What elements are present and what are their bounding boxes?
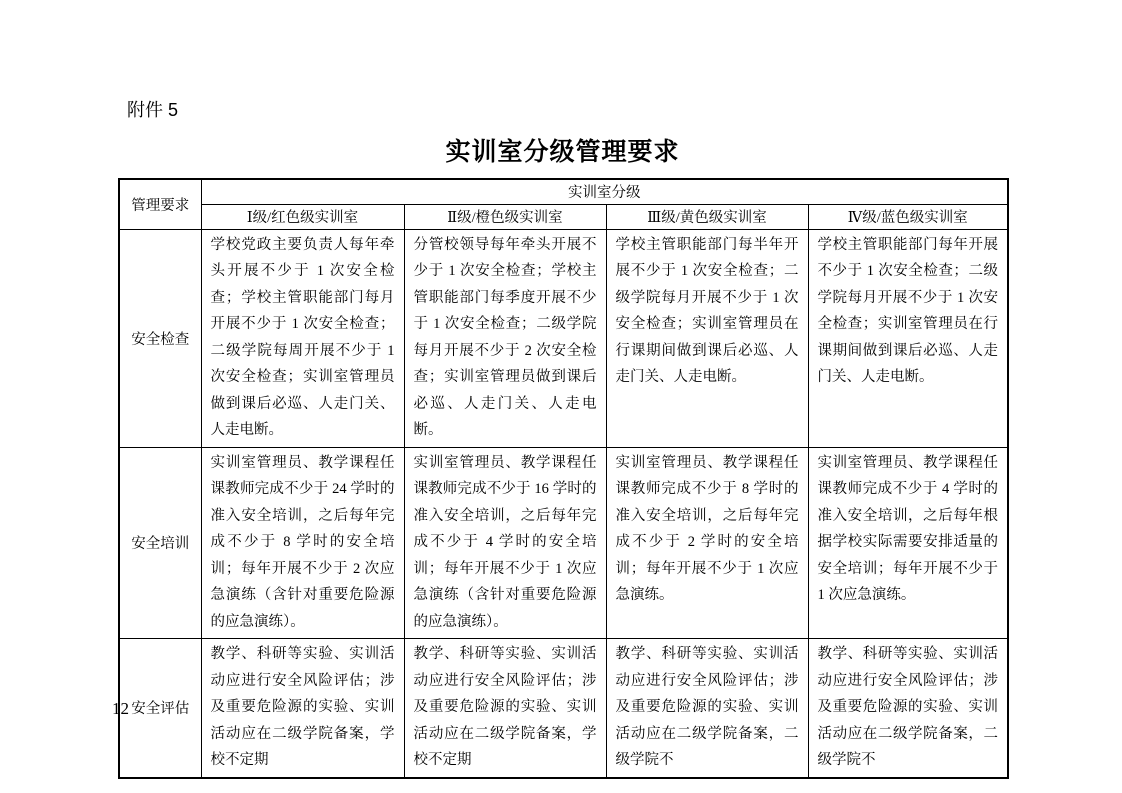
cell-safety-inspection-level-1: 学校党政主要负责人每年牵头开展不少于 1 次安全检查；学校主管职能部门每月开展不… — [201, 229, 404, 447]
grading-requirements-table: 管理要求 实训室分级 Ⅰ级/红色级实训室 Ⅱ级/橙色级实训室 Ⅲ级/黄色级实训室… — [118, 178, 1009, 779]
cell-safety-inspection-level-2: 分管校领导每年牵头开展不少于 1 次安全检查；学校主管职能部门每季度开展不少于 … — [404, 229, 606, 447]
cell-safety-assessment-level-1: 教学、科研等实验、实训活动应进行安全风险评估；涉及重要危险源的实验、实训活动应在… — [201, 639, 404, 778]
table-header-row-group: 管理要求 实训室分级 — [119, 179, 1008, 204]
row-header-safety-assessment: 安全评估 — [119, 639, 201, 778]
attachment-label: 附件 5 — [127, 99, 178, 121]
column-header-level-3-yellow: Ⅲ级/黄色级实训室 — [606, 204, 808, 229]
row-header-safety-training: 安全培训 — [119, 447, 201, 639]
cell-safety-training-level-2: 实训室管理员、教学课程任课教师完成不少于 16 学时的准入安全培训，之后每年完成… — [404, 447, 606, 639]
column-group-header-lab-grading: 实训室分级 — [201, 179, 1008, 204]
table-row-safety-training: 安全培训 实训室管理员、教学课程任课教师完成不少于 24 学时的准入安全培训，之… — [119, 447, 1008, 639]
cell-safety-training-level-1: 实训室管理员、教学课程任课教师完成不少于 24 学时的准入安全培训，之后每年完成… — [201, 447, 404, 639]
table-row-safety-inspection: 安全检查 学校党政主要负责人每年牵头开展不少于 1 次安全检查；学校主管职能部门… — [119, 229, 1008, 447]
cell-safety-assessment-level-2: 教学、科研等实验、实训活动应进行安全风险评估；涉及重要危险源的实验、实训活动应在… — [404, 639, 606, 778]
cell-safety-inspection-level-3: 学校主管职能部门每半年开展不少于 1 次安全检查；二级学院每月开展不少于 1 次… — [606, 229, 808, 447]
cell-safety-training-level-4: 实训室管理员、教学课程任课教师完成不少于 4 学时的准入安全培训，之后每年根据学… — [808, 447, 1008, 639]
column-header-management-requirement: 管理要求 — [119, 179, 201, 229]
cell-safety-assessment-level-3: 教学、科研等实验、实训活动应进行安全风险评估；涉及重要危险源的实验、实训活动应在… — [606, 639, 808, 778]
column-header-level-1-red: Ⅰ级/红色级实训室 — [201, 204, 404, 229]
table-header-row-levels: Ⅰ级/红色级实训室 Ⅱ级/橙色级实训室 Ⅲ级/黄色级实训室 Ⅳ级/蓝色级实训室 — [119, 204, 1008, 229]
page-number: 12 — [112, 699, 129, 719]
table-row-safety-assessment: 安全评估 教学、科研等实验、实训活动应进行安全风险评估；涉及重要危险源的实验、实… — [119, 639, 1008, 778]
cell-safety-inspection-level-4: 学校主管职能部门每年开展不少于 1 次安全检查；二级学院每月开展不少于 1 次安… — [808, 229, 1008, 447]
row-header-safety-inspection: 安全检查 — [119, 229, 201, 447]
cell-safety-training-level-3: 实训室管理员、教学课程任课教师完成不少于 8 学时的准入安全培训，之后每年完成不… — [606, 447, 808, 639]
page-title: 实训室分级管理要求 — [118, 136, 1007, 170]
column-header-level-4-blue: Ⅳ级/蓝色级实训室 — [808, 204, 1008, 229]
column-header-level-2-orange: Ⅱ级/橙色级实训室 — [404, 204, 606, 229]
document-page: 附件 5 实训室分级管理要求 管理要求 实训室分级 Ⅰ级/红色级实训室 Ⅱ级/橙… — [0, 0, 1122, 793]
cell-safety-assessment-level-4: 教学、科研等实验、实训活动应进行安全风险评估；涉及重要危险源的实验、实训活动应在… — [808, 639, 1008, 778]
